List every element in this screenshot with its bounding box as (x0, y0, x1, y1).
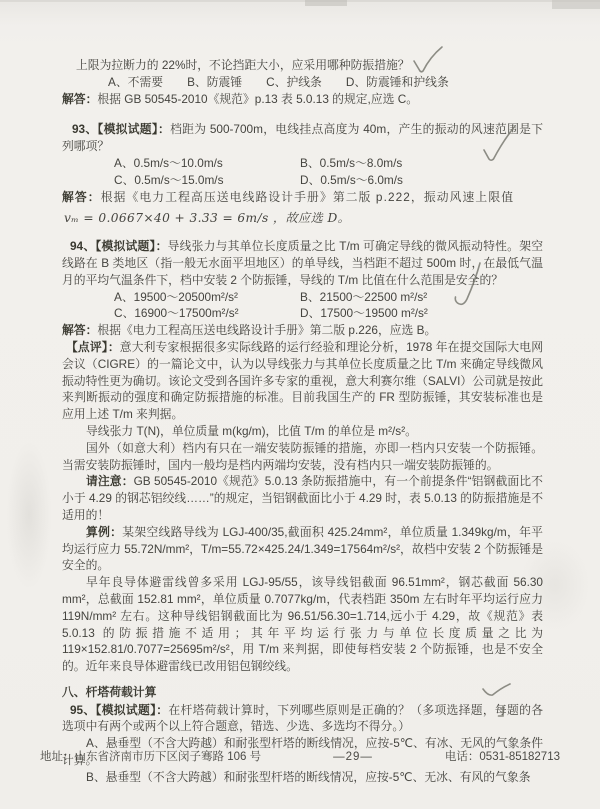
q92-answer: 解答：根据 GB 50545-2010《规范》p.13 表 5.0.13 的规定… (62, 91, 543, 108)
q95-option-b: B、悬垂型（不含大跨越）和耐张型杆塔的断线情况，应按-5℃、无冰、有风的气象条 (62, 769, 543, 786)
q94-worked-example: 算例：某架空线路导线为 LGJ-400/35,截面积 425.24mm²，单位质… (62, 524, 543, 574)
answer-label: 解答： (62, 190, 101, 204)
scan-edge-artifact (0, 0, 600, 2)
q92-option-b: B、防震锤 (187, 74, 242, 91)
q93-options: A、0.5m/s～10.0m/s B、0.5m/s～8.0m/s C、0.5m/… (62, 155, 543, 189)
q94-note-text: GB 50545-2010《规范》5.0.13 条防振措施中，有一个前提条件“铝… (62, 474, 543, 522)
scanned-exam-page: 上限为拉断力的 22%时，不论挡距大小，应采用哪种防振措施？ A、不需要 B、防… (0, 0, 600, 809)
q94-number-label: 94、【模拟试题】： (70, 239, 168, 253)
q95-number-label: 95、【模拟试题】： (70, 703, 168, 717)
q94-answer-text: 根据《电力工程高压送电线路设计手册》第二版 p.226，应选 B。 (97, 323, 436, 337)
q93-title: 93、【模拟试题】：档距为 500-700m，电线挂点高度为 40m，产生的振动… (62, 121, 543, 155)
page-footer: 地址：山东省济南市历下区闵子骞路 106 号 —29— 电话：0531-8518… (40, 748, 560, 764)
q93-answer-text: 根据《电力工程高压送电线路设计手册》第二版 p.222，振动风速上限值 (101, 190, 514, 204)
section-8-heading: 八、杆塔荷载计算 (62, 684, 543, 701)
page-number: —29— (261, 751, 445, 763)
q92-options-row: A、不需要 B、防震锤 C、护线条 D、防震锤和护线条 (62, 74, 543, 91)
example-label: 算例： (86, 525, 122, 539)
q94-example-text: 某架空线路导线为 LGJ-400/35,截面积 425.24mm²，单位质量 1… (62, 525, 543, 573)
handwritten-stroke-q94 (452, 261, 484, 311)
q94-comment: 【点评】：意大利专家根据很多实际线路的运行经验和理论分析，1978 年在提交国际… (62, 339, 543, 423)
q93-number-label: 93、【模拟试题】： (72, 122, 170, 136)
q93-option-c: C、0.5m/s～15.0m/s (114, 172, 300, 189)
q94-option-c: C、16900～17500m²/s² (114, 305, 300, 322)
q94-note: 请注意：GB 50545-2010《规范》5.0.13 条防振措施中，有一个前提… (62, 473, 543, 523)
scan-edge-artifact (552, 0, 600, 9)
handwritten-checkmark-q95 (481, 682, 513, 700)
q94-history-paragraph: 早年良导体避雷线曾多采用 LGJ-95/55，该导线铝截面 96.51mm²，钢… (62, 574, 543, 675)
q94-option-d: D、17500～19500 m²/s² (300, 305, 543, 322)
q95-title: 95、【模拟试题】：在杆塔荷载计算时，下列哪些原则是正确的？（多项选择题，每题的… (62, 702, 543, 736)
q94-answer: 解答：根据《电力工程高压送电线路设计手册》第二版 p.226，应选 B。 (62, 322, 543, 339)
q92-option-c: C、护线条 (266, 74, 322, 91)
answer-label: 解答： (62, 323, 97, 337)
q94-option-b: B、21500～22500 m²/s² (300, 289, 543, 306)
q94-foreign-practice-paragraph: 国外（如意大利）档内有只在一端安装防振锤的措施，亦即一档内只安装一个防振锤。当需… (62, 440, 543, 474)
handwritten-checkmark-q93 (482, 124, 518, 168)
q93-answer: 解答：根据《电力工程高压送电线路设计手册》第二版 p.222，振动风速上限值 (62, 189, 543, 206)
handwritten-checkmark-q92 (410, 45, 446, 75)
q94-unit-paragraph: 导线张力 T(N)，单位质量 m(kg/m)，比值 T/m 的单位是 m²/s²… (62, 423, 543, 440)
q94-comment-text: 意大利专家根据很多实际线路的运行经验和理论分析，1978 年在提交国际大电网会议… (62, 340, 543, 421)
scan-smudge (6, 440, 52, 590)
page-body: 上限为拉断力的 22%时，不论挡距大小，应采用哪种防振措施？ A、不需要 B、防… (62, 57, 543, 786)
answer-label: 解答： (62, 92, 97, 106)
footer-phone: 电话：0531-85182713 (445, 748, 560, 764)
q92-question-continuation: 上限为拉断力的 22%时，不论挡距大小，应采用哪种防振措施？ (62, 57, 543, 74)
note-label: 请注意： (86, 474, 134, 488)
handwritten-corner-bracket-q95 (497, 704, 509, 719)
comment-label: 【点评】： (66, 340, 120, 354)
scan-edge-artifact (305, 0, 347, 6)
q92-answer-text: 根据 GB 50545-2010《规范》p.13 表 5.0.13 的规定,应选… (97, 92, 418, 106)
q93-option-d: D、0.5m/s～6.0m/s (300, 172, 543, 189)
q94-option-a: A、19500～20500m²/s² (114, 289, 300, 306)
q92-option-d: D、防震锤和护线条 (346, 74, 449, 91)
footer-address: 地址：山东省济南市历下区闵子骞路 106 号 (40, 748, 261, 764)
q93-formula: vₘ = 0.0667×40 + 3.33 = 6m/s ，故应选 D。 (64, 210, 543, 227)
q92-option-a: A、不需要 (108, 74, 163, 91)
q93-option-a: A、0.5m/s～10.0m/s (114, 155, 300, 172)
